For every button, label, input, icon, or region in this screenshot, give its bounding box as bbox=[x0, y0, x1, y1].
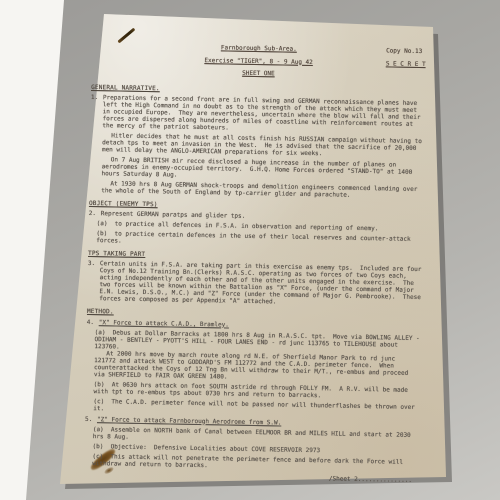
paragraph-hitler: Hitler decides that he must at all costs… bbox=[102, 132, 424, 159]
paragraph-air-recce: On 7 Aug BRITISH air recce disclosed a h… bbox=[101, 156, 423, 183]
paragraph-3-number: 3. bbox=[87, 259, 100, 301]
paragraph-1-text: Preparations for a second front are in f… bbox=[102, 94, 425, 135]
paragraph-landing: At 1930 hrs 8 Aug GERMAN shock-troops an… bbox=[101, 180, 423, 200]
z-force-title: "Z" Force to attack Farnborough Aerodrom… bbox=[97, 416, 281, 426]
object-sub-b: (b) to practice certain defences in the … bbox=[96, 230, 422, 250]
classification-text: S E C R E T bbox=[386, 60, 426, 68]
copy-classification-block: Copy No.13 S E C R E T bbox=[386, 45, 426, 71]
paragraph-1: 1. Preparations for a second front are i… bbox=[90, 93, 425, 134]
paragraph-3-text: Certain units in F.S.A. are taking part … bbox=[99, 260, 422, 308]
paragraph-2-number: 2. bbox=[89, 209, 101, 216]
sheet-label-text: SHEET ONE bbox=[242, 70, 275, 78]
document-header: Farnborough Sub-Area. Exercise "TIGER", … bbox=[91, 40, 426, 84]
classification-stamp: S E C R E T bbox=[386, 58, 426, 71]
paragraph-5-number: 5. bbox=[85, 415, 97, 422]
unit-line-text: Farnborough Sub-Area. bbox=[221, 44, 297, 52]
exercise-title-text: Exercise "TIGER", 8 - 9 Aug 42 bbox=[204, 57, 312, 66]
z-force-sub-c: (c) This attack will not penetrate the p… bbox=[92, 453, 418, 473]
paragraph-3: 3. Certain units in F.S.A. are taking pa… bbox=[87, 259, 422, 307]
photo-stage: Farnborough Sub-Area. Exercise "TIGER", … bbox=[0, 0, 500, 500]
x-force-sub-a-continuation: At 2000 hrs move by march route along rd… bbox=[94, 350, 420, 384]
document-content: Farnborough Sub-Area. Exercise "TIGER", … bbox=[84, 40, 426, 484]
x-force-sub-c: (c) The C.A.D. perimeter fence will not … bbox=[93, 398, 419, 418]
paragraph-1-number: 1. bbox=[90, 93, 103, 128]
copy-number: Copy No.13 bbox=[386, 45, 426, 58]
x-force-title: "X" Force to attack C.A.D., Bramley. bbox=[99, 319, 229, 328]
paragraph-4-number: 4. bbox=[87, 318, 99, 325]
